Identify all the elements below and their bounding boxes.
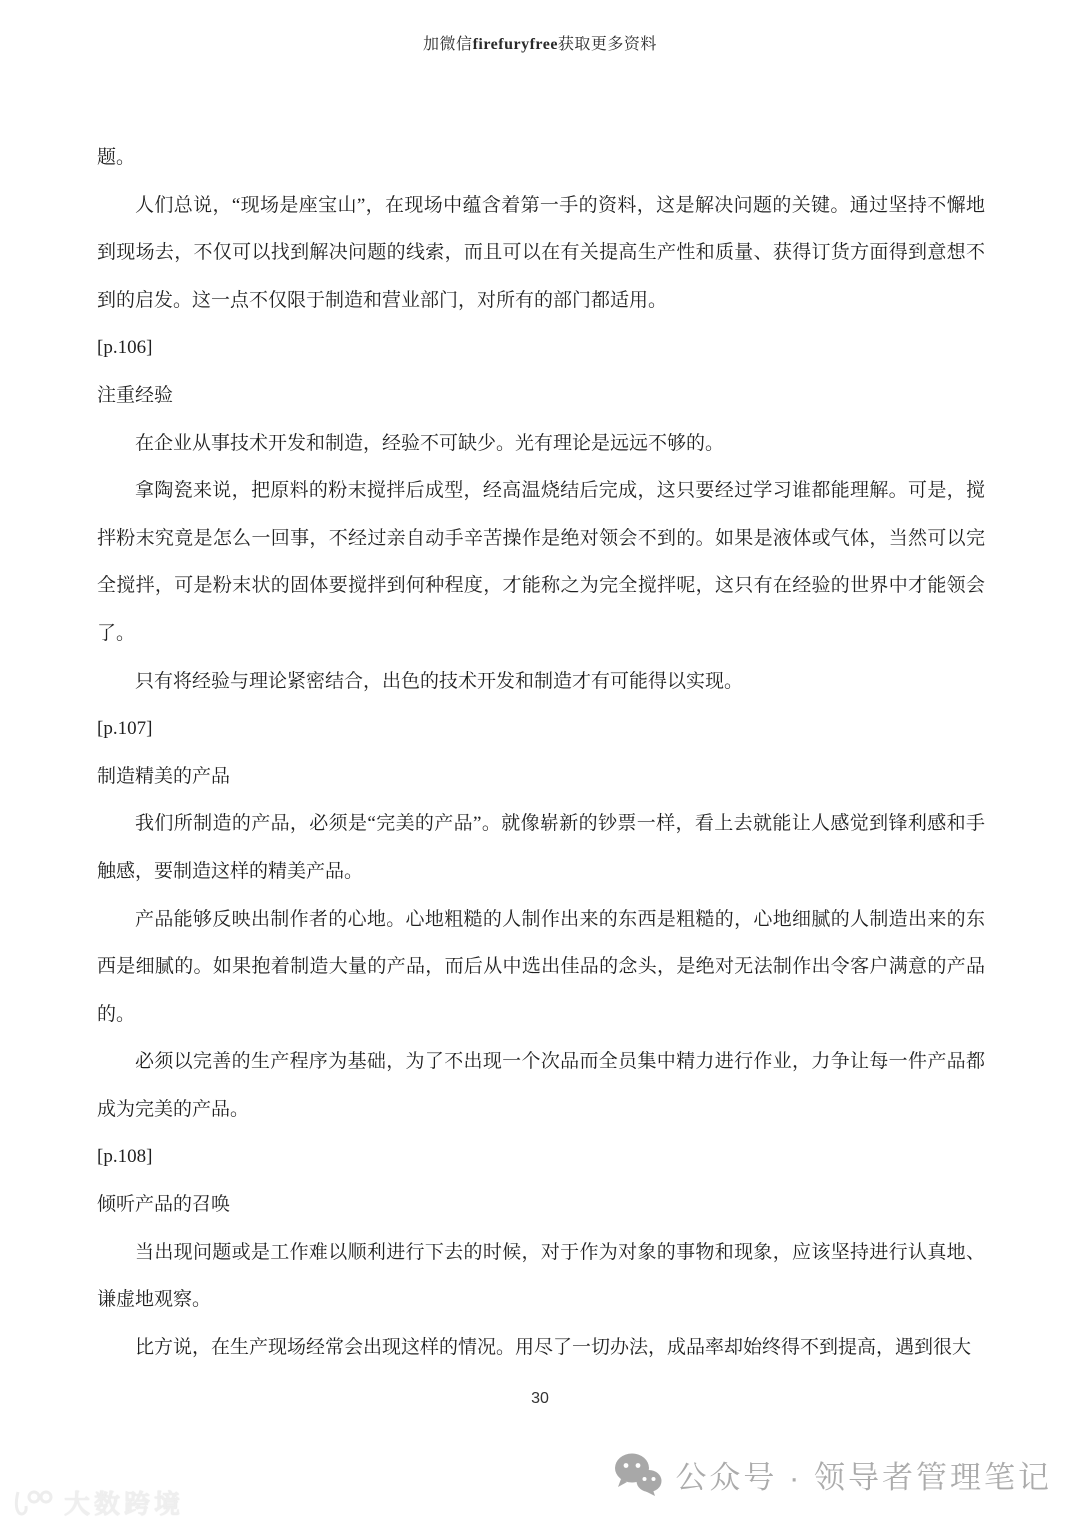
paragraph: 比方说，在生产现场经常会出现这样的情况。用尽了一切办法，成品率却始终得不到提高，… <box>97 1324 985 1372</box>
header-note-handle: firefuryfree <box>473 36 558 53</box>
header-note-suffix: 获取更多资料 <box>558 36 657 53</box>
section-heading: 制造精美的产品 <box>97 753 985 801</box>
watermark-wechat: 公众号 · 领导者管理笔记 <box>613 1452 1052 1497</box>
document-page: 加微信firefuryfree获取更多资料 题。人们总说，“现场是座宝山”，在现… <box>0 0 1080 1527</box>
paragraph: 在企业从事技术开发和制造，经验不可缺少。光有理论是远远不够的。 <box>97 420 985 468</box>
paragraph: 必须以完善的生产程序为基础，为了不出现一个次品而全员集中精力进行作业，力争让每一… <box>97 1038 985 1133</box>
section-heading: 注重经验 <box>97 372 985 420</box>
page-marker: [p.106] <box>97 324 985 372</box>
section-heading: 倾听产品的召唤 <box>97 1181 985 1229</box>
page-number: 30 <box>0 1390 1080 1408</box>
page-body: 题。人们总说，“现场是座宝山”，在现场中蕴含着第一手的资料，这是解决问题的关键。… <box>97 134 985 1371</box>
paragraph: 产品能够反映出制作者的心地。心地粗糙的人制作出来的东西是粗糙的，心地细腻的人制造… <box>97 896 985 1039</box>
header-note: 加微信firefuryfree获取更多资料 <box>0 31 1080 54</box>
brand-logo-icon <box>12 1488 56 1518</box>
paragraph: 拿陶瓷来说，把原料的粉末搅拌后成型，经高温烧结后完成，这只要经过学习谁都能理解。… <box>97 467 985 657</box>
watermark-brand: 大数跨境 <box>12 1484 184 1521</box>
brand-name: 大数跨境 <box>64 1484 184 1521</box>
paragraph: 当出现问题或是工作难以顺利进行下去的时候，对于作为对象的事物和现象，应该坚持进行… <box>97 1229 985 1324</box>
paragraph: 只有将经验与理论紧密结合，出色的技术开发和制造才有可能得以实现。 <box>97 658 985 706</box>
wechat-account-label: 公众号 · 领导者管理笔记 <box>675 1452 1052 1497</box>
header-note-prefix: 加微信 <box>423 36 473 53</box>
page-marker: [p.108] <box>97 1133 985 1181</box>
paragraph-continuation: 题。 <box>97 134 985 182</box>
paragraph: 我们所制造的产品，必须是“完美的产品”。就像崭新的钞票一样，看上去就能让人感觉到… <box>97 800 985 895</box>
page-marker: [p.107] <box>97 705 985 753</box>
paragraph: 人们总说，“现场是座宝山”，在现场中蕴含着第一手的资料，这是解决问题的关键。通过… <box>97 182 985 325</box>
wechat-icon <box>613 1453 663 1496</box>
